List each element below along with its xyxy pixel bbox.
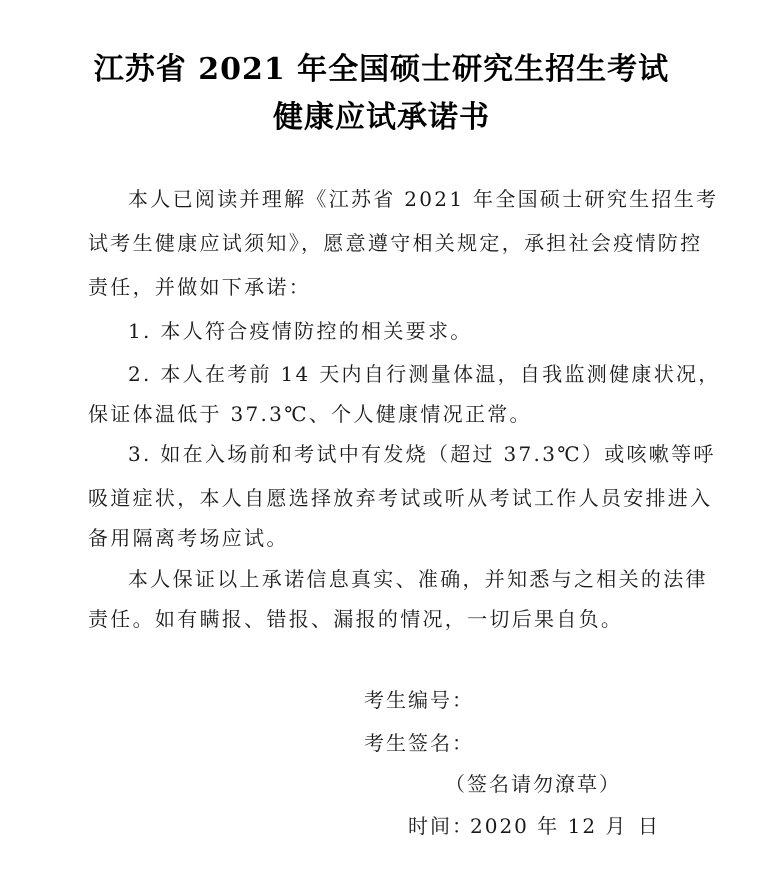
day-label: 日	[638, 810, 660, 839]
item-3-line-1: 3. 如在入场前和考试中有发烧（超过 37.3℃）或咳嗽等呼	[128, 438, 716, 467]
item-1-line-1: 1. 本人符合疫情防控的相关要求。	[128, 315, 473, 344]
intro-line-2: 试考生健康应试须知》，愿意遵守相关规定，承担社会疫情防控	[88, 227, 702, 256]
item-2-line-2: 保证体温低于 37.3℃、个人健康情况正常。	[88, 398, 532, 427]
exam-number-label: 考生编号：	[364, 684, 474, 713]
date-label: 时间：	[408, 810, 474, 839]
guarantee-line-1: 本人保证以上承诺信息真实、准确，并知悉与之相关的法律	[128, 563, 708, 592]
date-value: 2020 年 12 月	[470, 810, 627, 839]
intro-line-3: 责任，并做如下承诺：	[88, 271, 311, 300]
title-line-1: 江苏省 2021 年全国硕士研究生招生考试	[0, 44, 763, 88]
intro-line-1: 本人已阅读并理解《江苏省 2021 年全国硕士研究生招生考	[128, 183, 718, 212]
item-2-line-1: 2. 本人在考前 14 天内自行测量体温，自我监测健康状况，	[128, 358, 721, 387]
signature-note: （签名请勿潦草）	[445, 768, 621, 797]
title-line-2: 健康应试承诺书	[0, 92, 763, 136]
guarantee-line-2: 责任。如有瞒报、错报、漏报的情况，一切后果自负。	[88, 603, 623, 632]
item-3-line-3: 备用隔离考场应试。	[88, 522, 289, 551]
item-3-line-2: 吸道症状，本人自愿选择放弃考试或听从考试工作人员安排进入	[88, 482, 712, 511]
signature-label: 考生签名：	[364, 727, 474, 756]
